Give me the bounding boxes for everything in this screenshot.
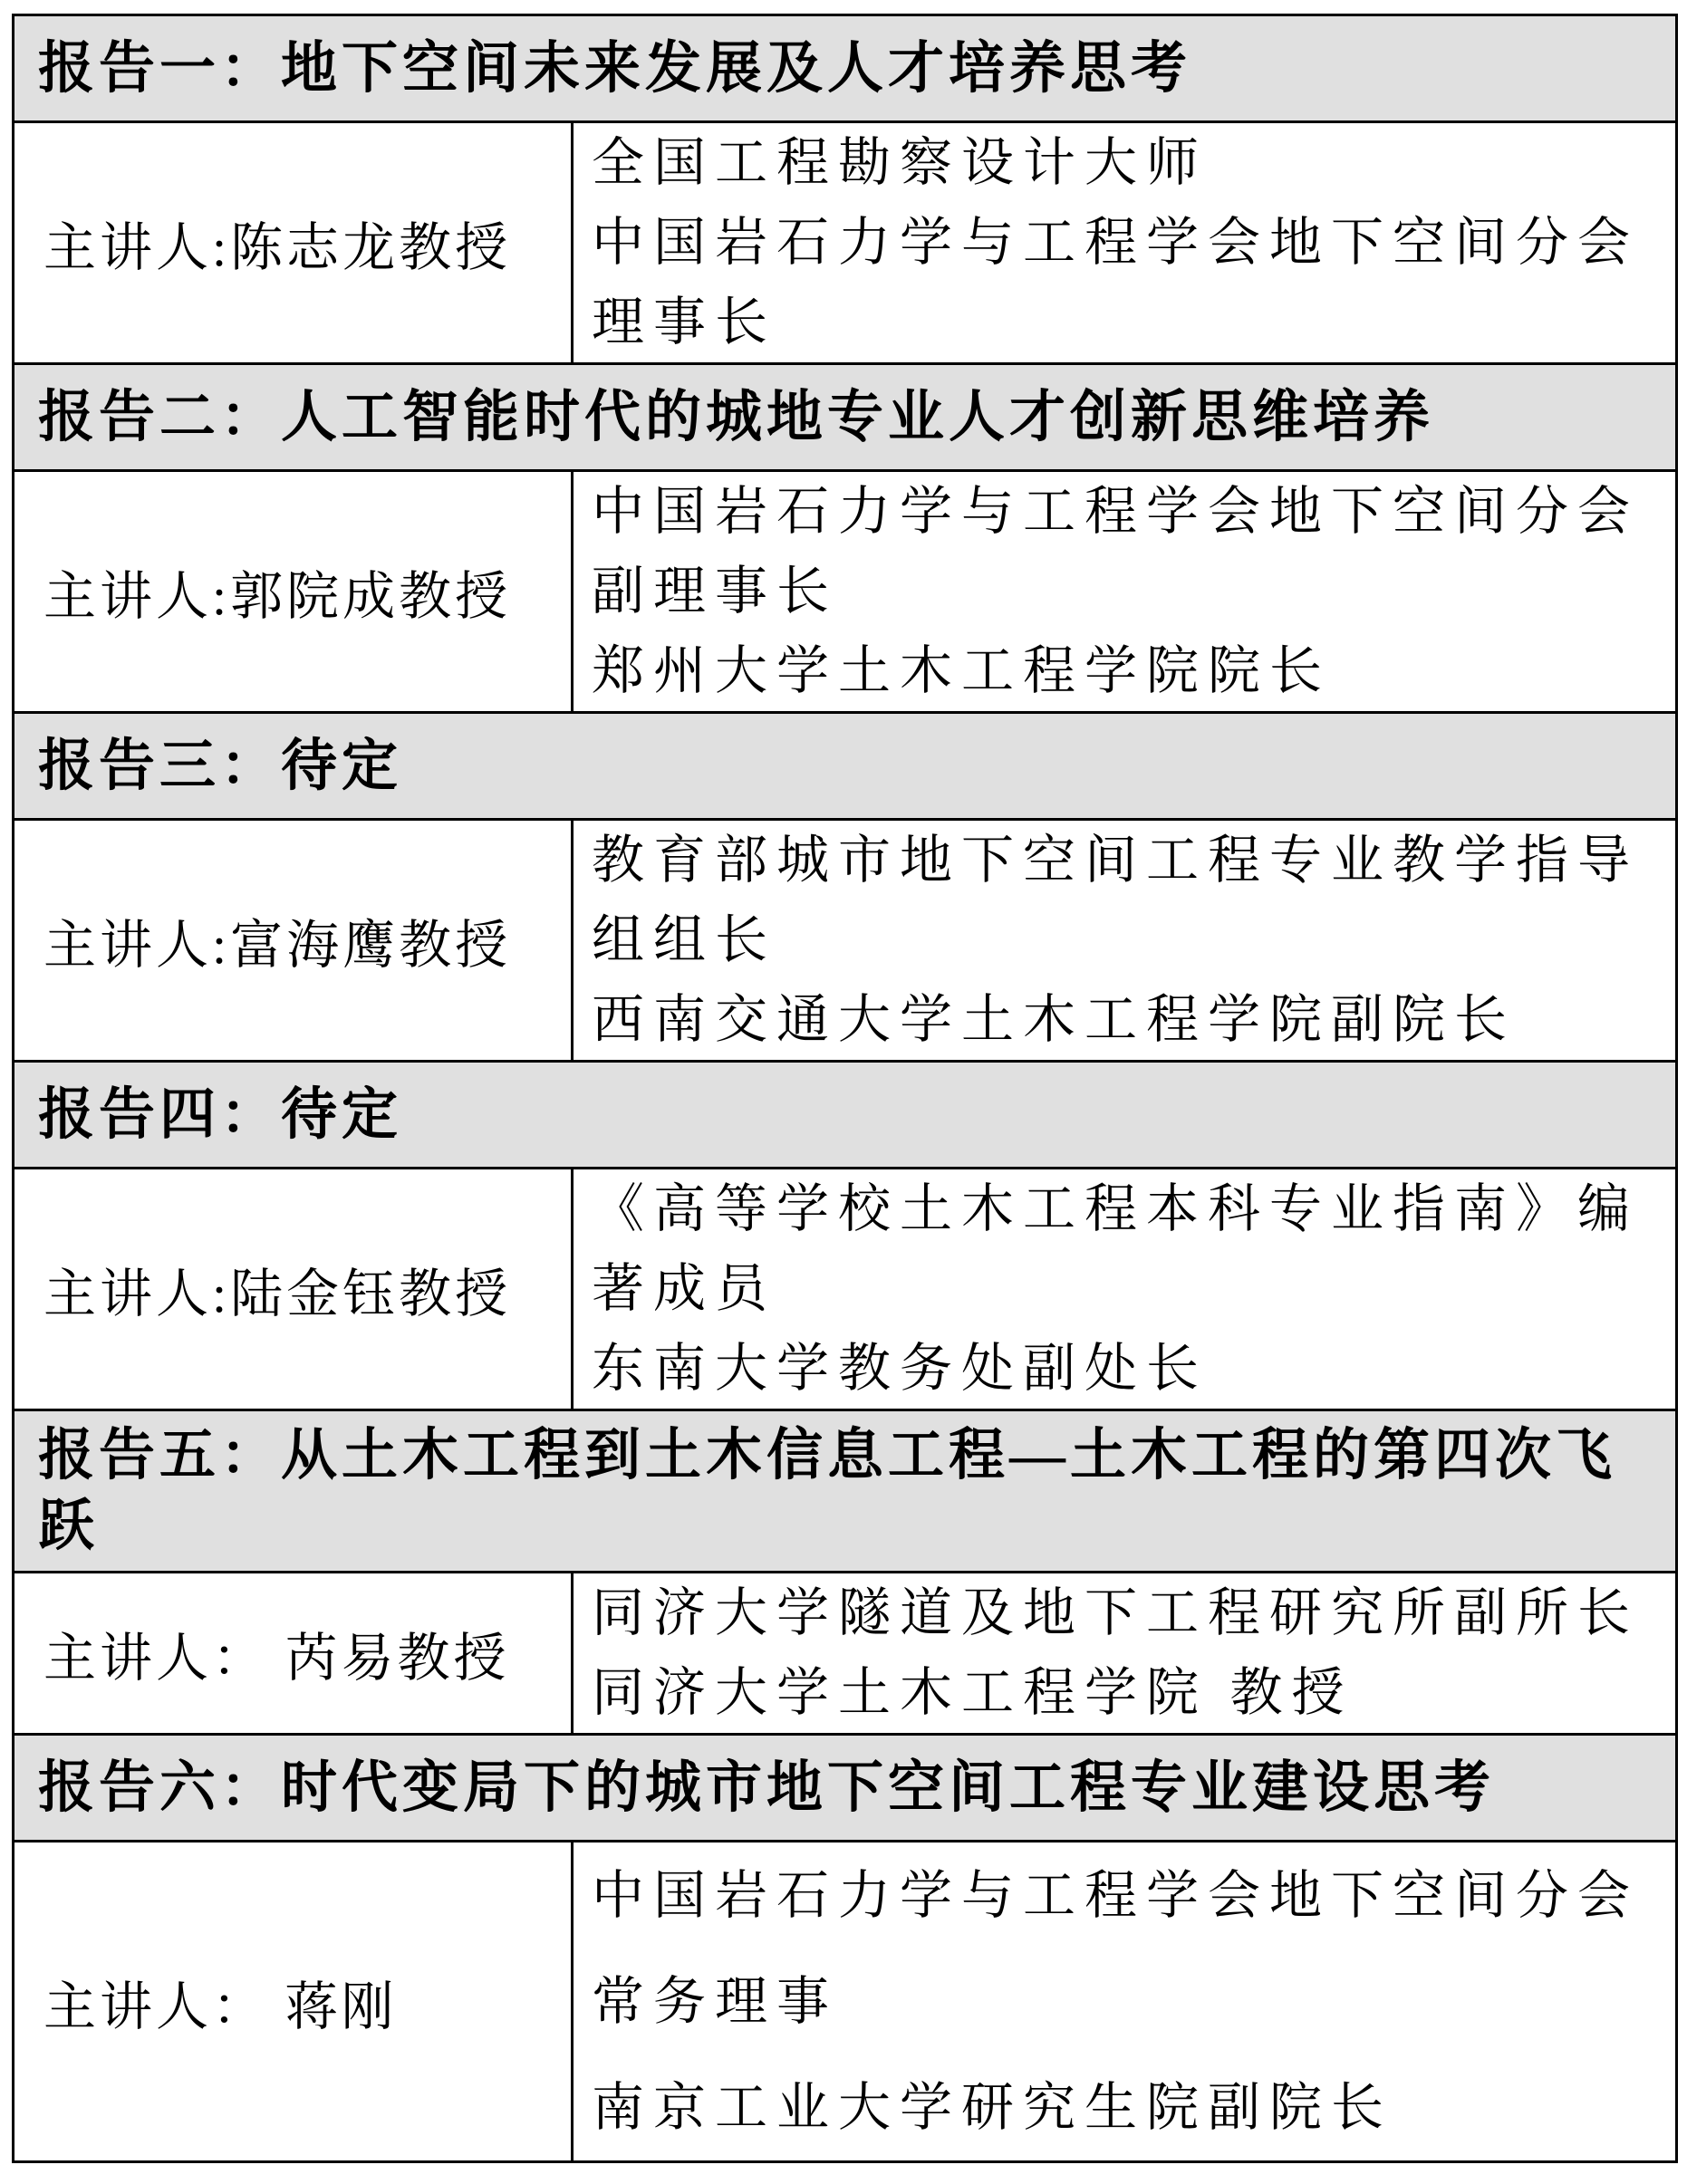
credential-line: 同济大学土木工程学院 教授 [592, 1653, 1666, 1733]
credential-line: 理事长 [592, 283, 1666, 362]
credential-line: 教育部城市地下空间工程专业教学指导 [592, 821, 1666, 900]
report-6-speaker: 主讲人： 蒋刚 [14, 1842, 573, 2162]
report-3-title: 报告三：待定 [14, 713, 1677, 820]
credential-line: 郑州大学土木工程学院院长 [592, 631, 1666, 711]
report-4-speaker: 主讲人:陆金钰教授 [14, 1169, 573, 1410]
report-6-header-row: 报告六：时代变局下的城市地下空间工程专业建设思考 [14, 1735, 1677, 1842]
credential-line: 《高等学校土木工程本科专业指南》编 [592, 1169, 1666, 1249]
report-2-title: 报告二：人工智能时代的城地专业人才创新思维培养 [14, 364, 1677, 471]
report-6-credentials: 中国岩石力学与工程学会地下空间分会 常务理事 南京工业大学研究生院副院长 [573, 1842, 1677, 2162]
report-5-header-row: 报告五：从土木工程到土木信息工程—土木工程的第四次飞跃 [14, 1410, 1677, 1573]
credential-line: 著成员 [592, 1249, 1666, 1329]
credential-line: 中国岩石力学与工程学会地下空间分会 [592, 472, 1666, 552]
report-3-header-row: 报告三：待定 [14, 713, 1677, 820]
credential-line: 东南大学教务处副处长 [592, 1329, 1666, 1409]
credential-line: 西南交通大学土木工程学院副院长 [592, 980, 1666, 1060]
report-6-title: 报告六：时代变局下的城市地下空间工程专业建设思考 [14, 1735, 1677, 1842]
report-1-speaker: 主讲人:陈志龙教授 [14, 122, 573, 364]
credential-line: 中国岩石力学与工程学会地下空间分会 [592, 1842, 1666, 1948]
credential-line: 南京工业大学研究生院副院长 [592, 2054, 1666, 2160]
report-5-content-row: 主讲人： 芮易教授 同济大学隧道及地下工程研究所副所长 同济大学土木工程学院 教… [14, 1573, 1677, 1735]
page: { "table": { "header_bg": "#e0e0e0", "bo… [0, 14, 1687, 2184]
report-2-header-row: 报告二：人工智能时代的城地专业人才创新思维培养 [14, 364, 1677, 471]
credential-line: 副理事长 [592, 552, 1666, 631]
credential-line: 同济大学隧道及地下工程研究所副所长 [592, 1573, 1666, 1653]
report-3-credentials: 教育部城市地下空间工程专业教学指导 组组长 西南交通大学土木工程学院副院长 [573, 820, 1677, 1062]
report-5-speaker: 主讲人： 芮易教授 [14, 1573, 573, 1735]
report-2-speaker: 主讲人:郭院成教授 [14, 471, 573, 713]
report-6-content-row: 主讲人： 蒋刚 中国岩石力学与工程学会地下空间分会 常务理事 南京工业大学研究生… [14, 1842, 1677, 2162]
report-3-content-row: 主讲人:富海鹰教授 教育部城市地下空间工程专业教学指导 组组长 西南交通大学土木… [14, 820, 1677, 1062]
report-5-title: 报告五：从土木工程到土木信息工程—土木工程的第四次飞跃 [14, 1410, 1677, 1573]
report-5-credentials: 同济大学隧道及地下工程研究所副所长 同济大学土木工程学院 教授 [573, 1573, 1677, 1735]
credential-line: 中国岩石力学与工程学会地下空间分会 [592, 203, 1666, 283]
credential-line: 全国工程勘察设计大师 [592, 123, 1666, 203]
report-4-credentials: 《高等学校土木工程本科专业指南》编 著成员 东南大学教务处副处长 [573, 1169, 1677, 1410]
report-4-title: 报告四：待定 [14, 1062, 1677, 1169]
report-3-speaker: 主讲人:富海鹰教授 [14, 820, 573, 1062]
report-4-header-row: 报告四：待定 [14, 1062, 1677, 1169]
report-1-header-row: 报告一：地下空间未来发展及人才培养思考 [14, 15, 1677, 122]
report-1-title: 报告一：地下空间未来发展及人才培养思考 [14, 15, 1677, 122]
credential-line: 组组长 [592, 900, 1666, 980]
report-1-content-row: 主讲人:陈志龙教授 全国工程勘察设计大师 中国岩石力学与工程学会地下空间分会 理… [14, 122, 1677, 364]
report-2-credentials: 中国岩石力学与工程学会地下空间分会 副理事长 郑州大学土木工程学院院长 [573, 471, 1677, 713]
report-4-content-row: 主讲人:陆金钰教授 《高等学校土木工程本科专业指南》编 著成员 东南大学教务处副… [14, 1169, 1677, 1410]
credential-line: 常务理事 [592, 1948, 1666, 2054]
report-2-content-row: 主讲人:郭院成教授 中国岩石力学与工程学会地下空间分会 副理事长 郑州大学土木工… [14, 471, 1677, 713]
report-schedule-table: 报告一：地下空间未来发展及人才培养思考 主讲人:陈志龙教授 全国工程勘察设计大师… [12, 14, 1678, 2163]
report-1-credentials: 全国工程勘察设计大师 中国岩石力学与工程学会地下空间分会 理事长 [573, 122, 1677, 364]
